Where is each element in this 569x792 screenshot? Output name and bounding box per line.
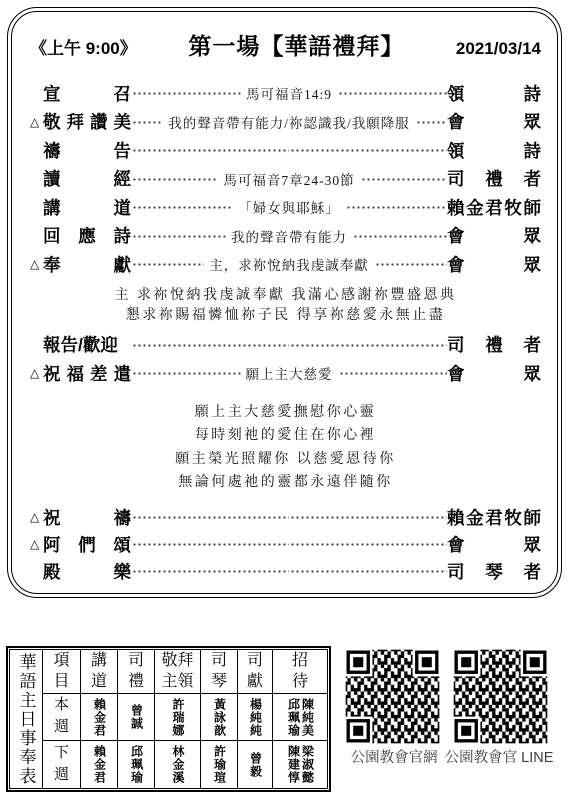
qr-code-website-icon — [344, 648, 441, 745]
service-item-label: 祝福差遣 — [43, 361, 131, 386]
dotted-leader — [131, 558, 289, 585]
dotted-leader — [131, 531, 289, 558]
duty-roster-table: 華語主日事奉表 項目 講道 司禮 敬拜主領 司琴 司獻 招待 本週 賴金君 曾誠… — [9, 649, 328, 789]
column-header-pianist: 司琴 — [201, 650, 238, 694]
offering-verse-line: 懇求祢賜福憐恤祢子民 得享祢慈愛永無止盡 — [28, 306, 543, 326]
service-row-postlude: 殿樂 司琴者 — [28, 558, 543, 585]
table-cell-pianist: 黃詠歆 — [201, 694, 238, 741]
service-item-detail: 願上主大慈愛 — [241, 363, 338, 383]
service-date: 2021/03/14 — [456, 39, 541, 59]
stand-mark: △ — [30, 116, 43, 128]
dotted-leader — [131, 108, 163, 137]
blessing-verse-line: 願上主大慈愛撫慰你心靈 — [28, 401, 543, 425]
service-item-detail: 「婦女與耶穌」 — [233, 197, 345, 217]
bulletin-page: { "header": { "time": "《上午 9:00》", "titl… — [0, 0, 569, 792]
service-order-list: 宣召 馬可福音14:9 領詩 △ 敬拜讚美 我的聲音帶有能力/祢認識我/我願降服… — [28, 79, 543, 585]
table-cell-worship-leader: 許瑞娜 — [155, 694, 201, 741]
blessing-verse-line: 每時刻祂的愛住在你心裡 — [28, 424, 543, 448]
service-item-role: 領詩 — [447, 81, 541, 106]
dotted-leader — [289, 531, 447, 558]
service-item-detail: 我的聲音帶有能力/祢認識我/我願降服 — [163, 112, 415, 132]
service-row-response-hymn: 回應詩 我的聲音帶有能力 會眾 — [28, 222, 543, 251]
service-item-label: 講道 — [43, 195, 131, 220]
dotted-leader — [337, 79, 447, 108]
duty-table-side-title: 華語主日事奉表 — [10, 650, 43, 788]
service-item-label: 回應詩 — [43, 223, 131, 248]
service-row-call-to-worship: 宣召 馬可福音14:9 領詩 — [28, 79, 543, 108]
table-cell-ushers: 陳建惇梁淑懿 — [273, 741, 327, 788]
table-cell-preacher: 賴金君 — [81, 741, 118, 788]
service-item-label: 阿們頌 — [43, 532, 131, 557]
service-item-label: 報告/歡迎 — [43, 332, 131, 357]
dotted-leader — [374, 250, 447, 279]
column-header-offering: 司獻 — [238, 650, 273, 694]
offering-verse-line: 主 求祢悅納我虔誠奉獻 我滿心感謝祢豐盛恩典 — [28, 286, 543, 306]
dotted-leader — [289, 331, 447, 360]
stand-mark: △ — [30, 367, 43, 379]
dotted-leader — [131, 331, 289, 360]
service-row-scripture: 讀經 馬可福音7章24-30節 司禮者 — [28, 165, 543, 194]
bulletin-frame: 《上午 9:00》 第一場【華語禮拜】 2021/03/14 宣召 馬可福音14… — [7, 7, 562, 598]
column-header-liturgist: 司禮 — [118, 650, 155, 694]
dotted-leader — [131, 136, 289, 165]
service-item-role: 司禮者 — [447, 332, 541, 357]
service-row-benediction: △ 祝禱 賴金君牧師 — [28, 504, 543, 531]
service-item-label: 殿樂 — [43, 559, 131, 584]
qr-line-label: 公園教會官 LINE — [445, 746, 554, 767]
page-title: 第一場【華語禮拜】 — [188, 28, 404, 61]
service-item-label: 禱告 — [43, 138, 131, 163]
service-item-role: 賴金君牧師 — [447, 505, 541, 530]
service-item-role: 會眾 — [447, 532, 541, 557]
service-item-role: 司琴者 — [447, 559, 541, 584]
service-item-detail: 主，求祢悅納我虔誠奉獻 — [204, 254, 374, 274]
dotted-leader — [131, 504, 289, 531]
qr-code-line-icon — [452, 648, 549, 745]
service-item-role: 會眾 — [447, 252, 541, 277]
duty-grid: 項目 講道 司禮 敬拜主領 司琴 司獻 招待 本週 賴金君 曾誠 許瑞娜 黃詠歆… — [43, 650, 327, 788]
table-cell-pianist: 許瑜瑄 — [201, 741, 238, 788]
dotted-leader — [360, 165, 447, 194]
dotted-leader — [131, 359, 241, 388]
service-item-role: 司禮者 — [447, 166, 541, 191]
service-row-praise: △ 敬拜讚美 我的聲音帶有能力/祢認識我/我願降服 會眾 — [28, 108, 543, 137]
dotted-leader — [131, 165, 218, 194]
dotted-leader — [289, 504, 447, 531]
service-item-role: 會眾 — [447, 361, 541, 386]
service-row-prayer: 禱告 領詩 — [28, 136, 543, 165]
blessing-verse-line: 願主榮光照耀你 以慈愛恩待你 — [28, 448, 543, 472]
service-row-benediction-sending: △ 祝福差遣 願上主大慈愛 會眾 — [28, 359, 543, 388]
dotted-leader — [131, 250, 204, 279]
dotted-leader — [131, 79, 241, 108]
service-item-detail: 馬可福音7章24-30節 — [218, 169, 359, 189]
service-item-label: 奉獻 — [43, 252, 131, 277]
dotted-leader — [131, 222, 226, 251]
service-time: 《上午 9:00》 — [30, 34, 137, 59]
column-header-ushers: 招待 — [273, 650, 327, 694]
table-cell-liturgist: 邱珮瑜 — [118, 741, 155, 788]
blessing-verse-line: 無論何處祂的靈都永遠伴隨你 — [28, 471, 543, 495]
dotted-leader — [131, 193, 233, 222]
service-row-offering: △ 奉獻 主，求祢悅納我虔誠奉獻 會眾 — [28, 250, 543, 279]
dotted-leader — [289, 136, 447, 165]
table-cell-offering: 楊純純 — [238, 694, 273, 741]
service-item-label: 讀經 — [43, 166, 131, 191]
service-item-role: 會眾 — [447, 223, 541, 248]
period-cell: 本週 — [43, 694, 81, 741]
column-header-worship-leader: 敬拜主領 — [155, 650, 201, 694]
dotted-leader — [345, 193, 447, 222]
dotted-leader — [352, 222, 447, 251]
column-header-preacher: 講道 — [81, 650, 118, 694]
service-item-role: 會眾 — [447, 109, 541, 134]
service-item-label: 祝禱 — [43, 505, 131, 530]
service-row-announcements: 報告/歡迎 司禮者 — [28, 331, 543, 360]
service-item-role: 領詩 — [447, 138, 541, 163]
table-cell-offering: 曾毅 — [238, 741, 273, 788]
table-cell-liturgist: 曾誠 — [118, 694, 155, 741]
dotted-leader — [415, 108, 447, 137]
bulletin-header: 《上午 9:00》 第一場【華語禮拜】 2021/03/14 — [28, 24, 543, 66]
blessing-verse: 願上主大慈愛撫慰你心靈 每時刻祂的愛住在你心裡 願主榮光照耀你 以慈愛恩待你 無… — [28, 401, 543, 495]
dotted-leader — [289, 558, 447, 585]
service-item-detail: 我的聲音帶有能力 — [226, 226, 352, 246]
service-item-role: 賴金君牧師 — [447, 195, 541, 220]
service-item-label: 宣召 — [43, 81, 131, 106]
stand-mark: △ — [30, 511, 43, 523]
table-cell-ushers: 邱珮瑜陳純美 — [273, 694, 327, 741]
service-row-sermon: 講道 「婦女與耶穌」 賴金君牧師 — [28, 193, 543, 222]
table-cell-preacher: 賴金君 — [81, 694, 118, 741]
bulletin-frame-inner: 《上午 9:00》 第一場【華語禮拜】 2021/03/14 宣召 馬可福音14… — [11, 11, 558, 594]
stand-mark: △ — [30, 258, 43, 270]
column-header-item: 項目 — [43, 650, 81, 694]
service-item-label: 敬拜讚美 — [43, 109, 131, 134]
dotted-leader — [338, 359, 448, 388]
service-row-amen: △ 阿們頌 會眾 — [28, 531, 543, 558]
offering-verse: 主 求祢悅納我虔誠奉獻 我滿心感謝祢豐盛恩典 懇求祢賜福憐恤祢子民 得享祢慈愛永… — [28, 286, 543, 326]
table-cell-worship-leader: 林金溪 — [155, 741, 201, 788]
qr-labels: 公園教會官網 公園教會官 LINE — [338, 746, 566, 767]
service-item-detail: 馬可福音14:9 — [241, 83, 337, 103]
period-cell: 下週 — [43, 741, 81, 788]
stand-mark: △ — [30, 538, 43, 550]
qr-website-label: 公園教會官網 — [351, 746, 438, 767]
